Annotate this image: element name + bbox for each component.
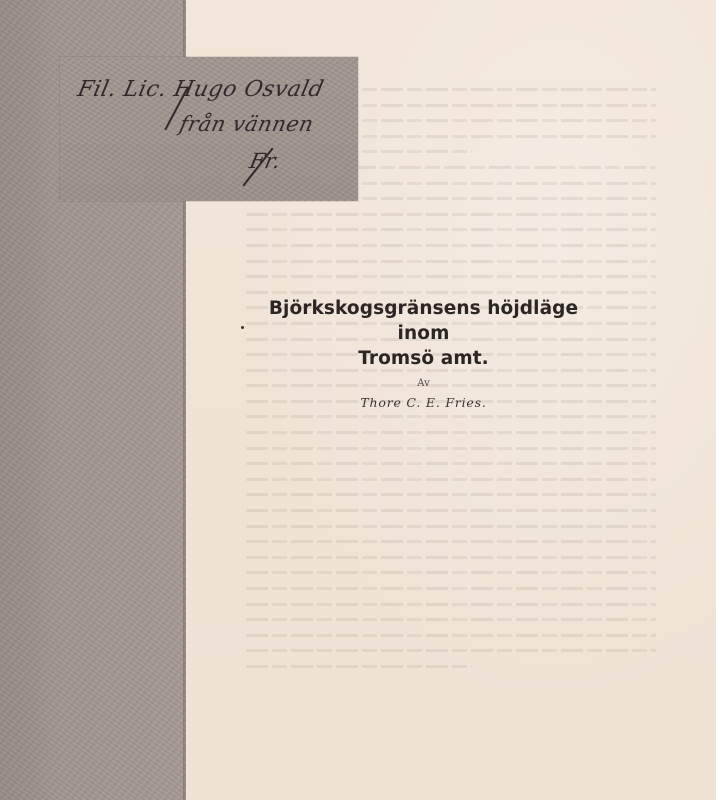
title-line-1: Björkskogsgränsens höjdläge inom: [246, 296, 601, 346]
print-speck: [241, 326, 244, 329]
author-name: Thore C. E. Fries.: [246, 395, 601, 410]
document-scan: Fil. Lic. Hugo Osvald från vännen Fr. Bj…: [0, 0, 716, 800]
by-label: Av: [246, 378, 601, 389]
title-block: Björkskogsgränsens höjdläge inom Tromsö …: [246, 296, 601, 410]
inscription-line-2: från vännen: [177, 112, 316, 136]
inscription-line-1: Fil. Lic. Hugo Osvald: [75, 77, 326, 102]
inscription-note: Fil. Lic. Hugo Osvald från vännen Fr.: [60, 57, 358, 201]
inscription-signature: Fr.: [247, 149, 283, 173]
title-line-2: Tromsö amt.: [246, 346, 601, 371]
